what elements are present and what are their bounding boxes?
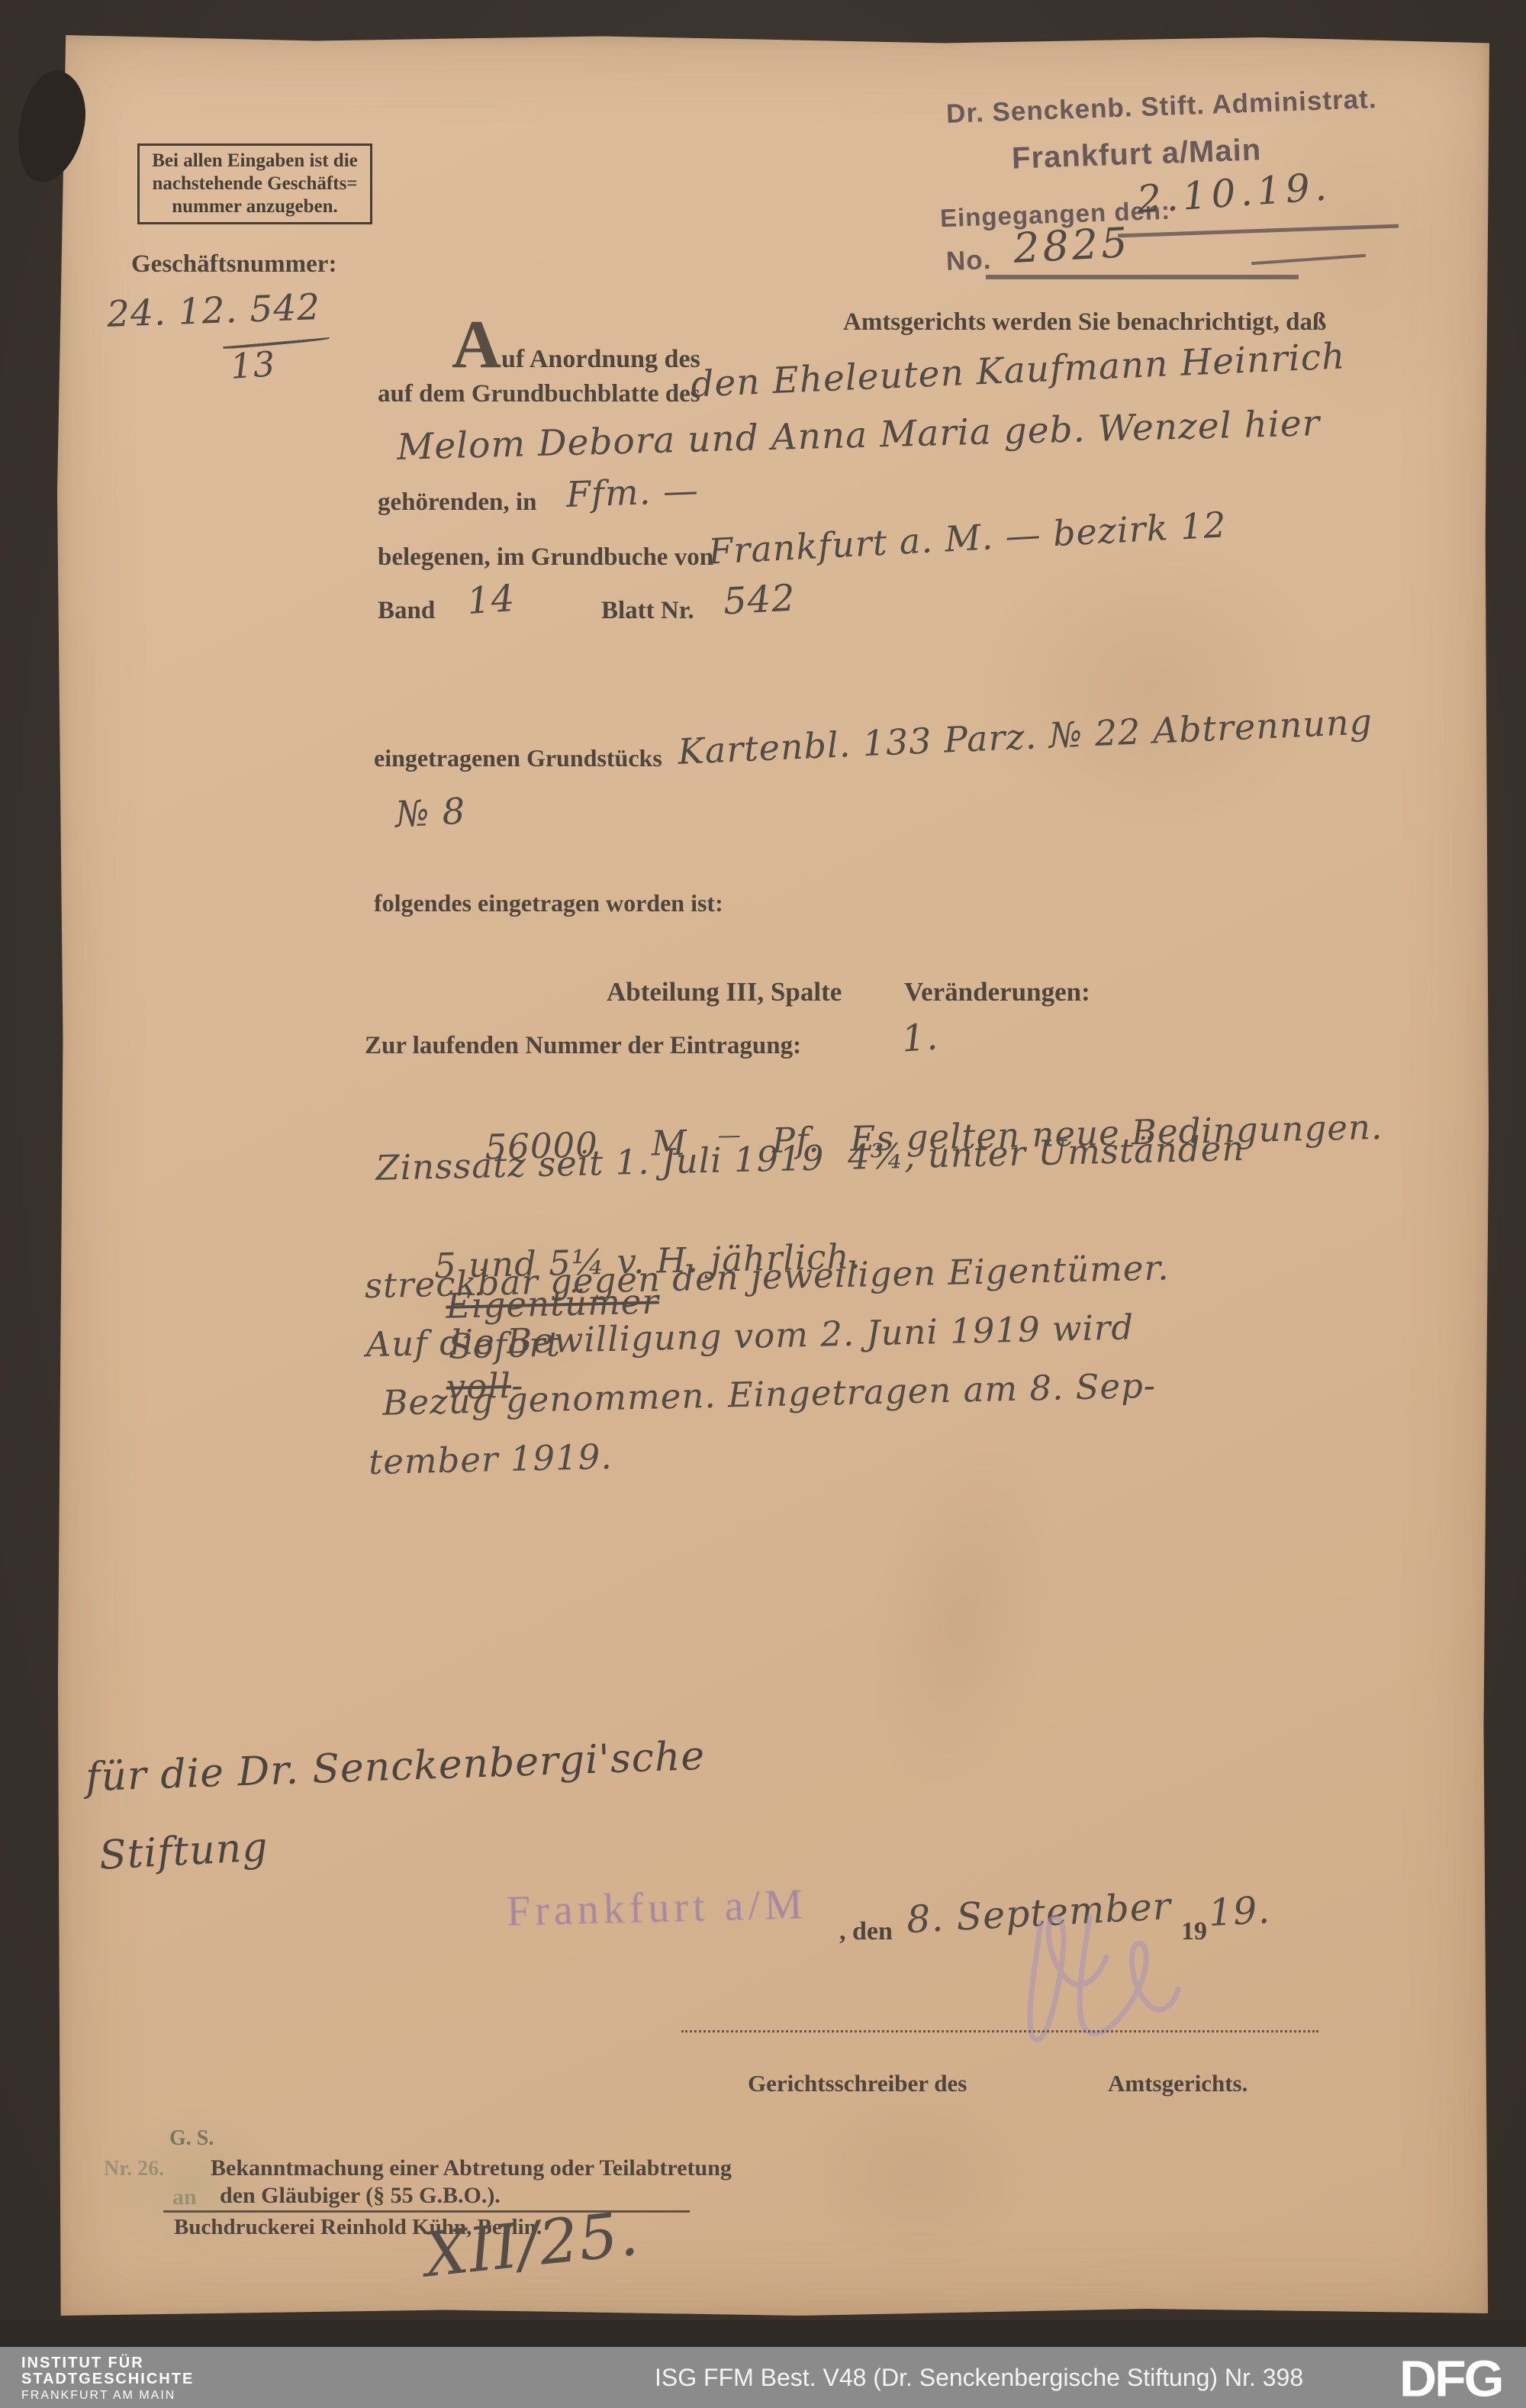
signature-line bbox=[681, 2030, 1318, 2032]
received-no-underline bbox=[986, 275, 1299, 279]
bar-shadow bbox=[0, 2320, 1526, 2347]
case-number-denominator: 13 bbox=[229, 343, 277, 387]
institute-name-line1: INSTITUT FÜR bbox=[21, 2355, 194, 2371]
grundbuch-label: belegenen, im Grundbuche von bbox=[378, 543, 713, 572]
laufende-value-handwriting: 1. bbox=[900, 1015, 940, 1060]
archive-scan-page: Bei allen Eingaben ist die nachstehende … bbox=[0, 0, 1526, 2408]
year-handwriting: 19. bbox=[1208, 1888, 1272, 1935]
institute-name-line2: STADTGESCHICHTE bbox=[21, 2371, 194, 2387]
band-value-handwriting: 14 bbox=[465, 577, 517, 623]
footer-form-number: Nr. 26. bbox=[104, 2157, 164, 2181]
recipient-handwriting-line2: Stiftung bbox=[98, 1824, 269, 1879]
folgendes-label: folgendes eingetragen worden ist: bbox=[374, 889, 723, 917]
footer-title-line2: den Gläubiger (§ 55 G.B.O.). bbox=[220, 2183, 501, 2209]
laufende-label: Zur laufenden Nummer der Eintragung: bbox=[365, 1032, 801, 1060]
gehoerenden-handwriting: Ffm. — bbox=[565, 469, 700, 515]
signature-handwriting bbox=[1015, 1894, 1198, 2070]
entry-handwriting-block: 56000M—Pf.Es gelten neue Bedingungen. Zi… bbox=[360, 1066, 1391, 1501]
notice-line3: nummer anzugeben. bbox=[140, 195, 370, 218]
received-stamp-no-label: No. bbox=[945, 245, 992, 277]
grundbuchblatt-label: auf dem Grundbuchblatte des bbox=[378, 380, 700, 408]
section-heading-left: Abteilung III, Spalte bbox=[607, 977, 842, 1007]
footer-title-line2-prefix: an bbox=[172, 2184, 197, 2210]
section-heading-right: Veränderungen: bbox=[904, 977, 1090, 1007]
intro-rest: uf Anordnung des bbox=[501, 345, 700, 373]
footer-title-line1: Bekanntmachung einer Abtretung oder Teil… bbox=[211, 2155, 732, 2181]
grundstueck-handwriting-line2: № 8 bbox=[394, 791, 467, 837]
officer-left-label: Gerichtsschreiber des bbox=[748, 2070, 967, 2097]
notice-box: Bei allen Eingaben ist die nachstehende … bbox=[137, 143, 372, 224]
dfg-logo: DFG bbox=[1399, 2350, 1502, 2408]
notice-line1: Bei allen Eingaben ist die bbox=[140, 150, 370, 172]
archive-caption: ISG FFM Best. V48 (Dr. Senckenbergische … bbox=[655, 2364, 1303, 2392]
intro-initial: A bbox=[452, 307, 501, 382]
case-number-numerator: 24. 12. 542 bbox=[106, 286, 321, 336]
place-stamp: Frankfurt a/M bbox=[506, 1880, 807, 1936]
grundstueck-label: eingetragenen Grundstücks bbox=[374, 744, 662, 772]
blatt-label: Blatt Nr. bbox=[601, 597, 694, 625]
institute-logo: INSTITUT FÜR STADTGESCHICHTE FRANKFURT A… bbox=[21, 2355, 194, 2403]
case-number-label: Geschäftsnummer: bbox=[131, 250, 336, 279]
received-no-handwriting: 2825 bbox=[1012, 218, 1132, 272]
gehoerenden-label: gehörenden, in bbox=[378, 488, 536, 517]
institute-name-line3: FRANKFURT AM MAIN bbox=[21, 2387, 194, 2403]
blatt-value-handwriting: 542 bbox=[723, 577, 797, 624]
officer-right-label: Amtsgerichts. bbox=[1108, 2070, 1248, 2097]
notice-line2: nachstehende Geschäfts= bbox=[140, 172, 370, 195]
footer-gs-mark: G. S. bbox=[169, 2126, 214, 2151]
intro-right: Amtsgerichts werden Sie benachrichtigt, … bbox=[843, 308, 1326, 337]
band-label: Band bbox=[378, 597, 435, 625]
date-label: , den bbox=[839, 1917, 893, 1946]
